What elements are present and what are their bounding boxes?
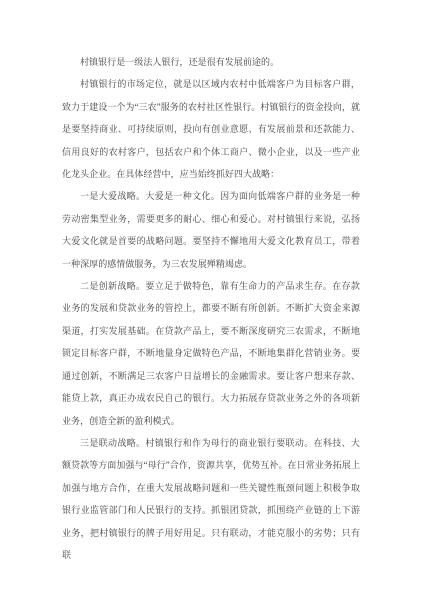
paragraph: 一是大爱战略。大爱是一种文化。因为面向低端客户群的业务是一种劳动密集型业务，需要… (62, 185, 360, 275)
document-text-block: 村镇银行是一级法人银行，还是很有发展前途的。 村镇银行的市场定位，就是以区域内农… (62, 51, 360, 566)
paragraph: 村镇银行是一级法人银行，还是很有发展前途的。 (62, 51, 360, 73)
paragraph: 三是联动战略。村镇银行和作为母行的商业银行要联动。在科技、大额贷款等方面加强与“… (62, 432, 360, 566)
document-page: 村镇银行是一级法人银行，还是很有发展前途的。 村镇银行的市场定位，就是以区域内农… (0, 0, 423, 600)
paragraph: 二是创新战略。要立足于做特色，靠有生命力的产品求生存。在存款业务的发展和贷款业务… (62, 275, 360, 432)
paragraph: 村镇银行的市场定位，就是以区域内农村中低端客户为目标客户群，致力于建设一个为“三… (62, 73, 360, 185)
